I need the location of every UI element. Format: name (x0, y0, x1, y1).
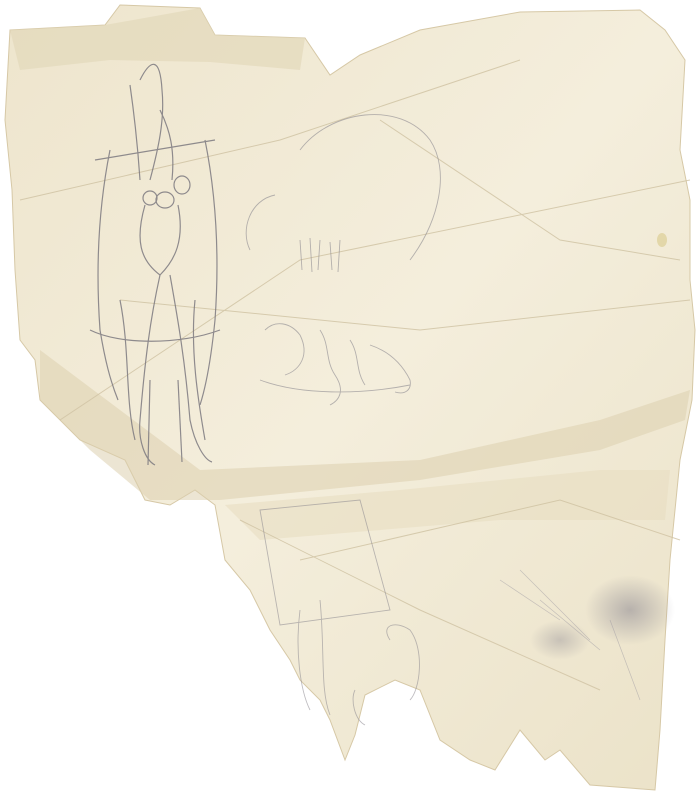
paper-stain (657, 233, 667, 247)
fold-band-top (10, 8, 305, 70)
graphite-smudge (530, 620, 590, 660)
tracing-paper-sheet (0, 0, 700, 811)
graphite-smudge (585, 575, 675, 645)
scanned-sketch: Scanned crumpled sheet of tracing paper … (0, 0, 700, 811)
paper-body (5, 5, 695, 790)
